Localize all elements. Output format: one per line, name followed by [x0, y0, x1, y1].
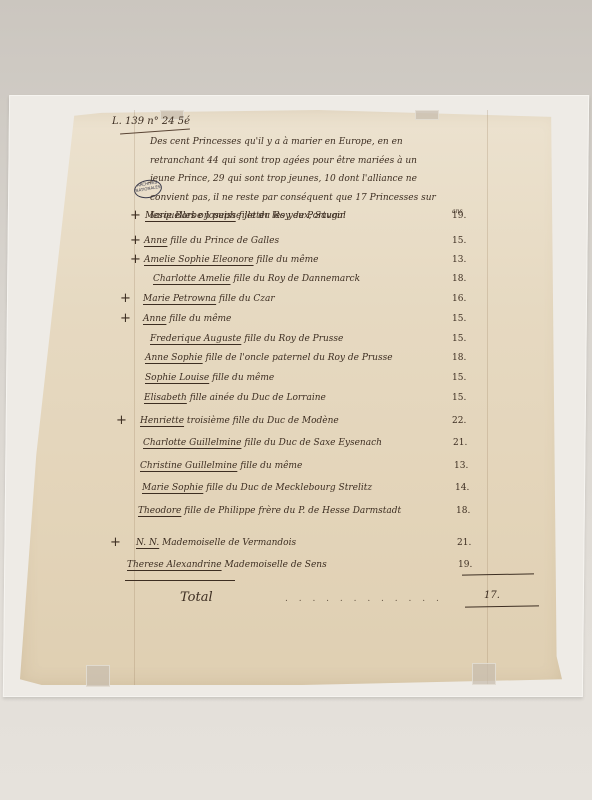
princess-name: Therese Alexandrine — [127, 560, 222, 570]
mounting-tab — [415, 110, 439, 120]
princess-name: Anne Sophie — [145, 353, 203, 363]
list-item: Frederique Auguste fille du Roy de Pruss… — [0, 334, 592, 354]
cross-mark-icon: + — [120, 291, 131, 306]
list-item: +Henriette troisième fille du Duc de Mod… — [0, 416, 592, 436]
princess-age: 15. — [452, 373, 466, 383]
list-item: Sophie Louise fille du même15. — [0, 373, 592, 393]
princess-name: Marie Petrowna — [143, 294, 216, 304]
princess-description: fille du Roy de Prusse — [244, 334, 343, 344]
princess-name: Charlotte Guillelmine — [143, 438, 241, 448]
princess-description: fille du même — [212, 373, 274, 383]
princess-age: 18. — [452, 274, 466, 284]
intro-line: retranchant 44 qui sont trop agées pour … — [150, 152, 480, 171]
princess-age: 13. — [454, 461, 468, 471]
princess-age: 15. — [452, 334, 466, 344]
princess-description: fille du même — [169, 314, 231, 324]
princess-entry: Sophie Louise fille du même — [145, 373, 274, 383]
princess-entry: Anne Sophie fille de l'oncle paternel du… — [145, 353, 393, 363]
princess-name: Charlotte Amelie — [153, 274, 231, 284]
princess-name: Theodore — [138, 506, 181, 516]
princess-name: Amelie Sophie Eleonore — [144, 255, 254, 265]
princess-entry: N. N. Mademoiselle de Vermandois — [136, 538, 296, 548]
total-leader-dots: . . . . . . . . . . . . — [285, 594, 443, 604]
princess-entry: Anne fille du Prince de Galles — [144, 236, 279, 246]
list-item: Theodore fille de Philippe frère du P. d… — [0, 506, 592, 526]
princess-description: Mademoiselle de Sens — [224, 560, 326, 570]
princess-age: 22. — [452, 416, 466, 426]
princess-entry: Christine Guillelmine fille du même — [140, 461, 302, 471]
list-item: Anne Sophie fille de l'oncle paternel du… — [0, 353, 592, 373]
princess-description: fille du Roy de Portugal — [239, 211, 346, 221]
princess-description: fille de Philippe frère du P. de Hesse D… — [184, 506, 401, 516]
princess-description: fille du Prince de Galles — [170, 236, 279, 246]
princess-age: 15. — [452, 393, 466, 403]
total-label: Total — [180, 590, 213, 605]
princess-name: Marie Sophie — [142, 483, 203, 493]
list-item: +Marie Barbe Joseph fille du Roy de Port… — [0, 211, 592, 231]
princess-description: fille du même — [240, 461, 302, 471]
list-item: Christine Guillelmine fille du même13. — [0, 461, 592, 481]
princess-entry: Amelie Sophie Eleonore fille du même — [144, 255, 319, 265]
princess-description: fille du même — [256, 255, 318, 265]
princess-entry: Marie Sophie fille du Duc de Mecklebourg… — [142, 483, 372, 493]
princess-age: 15. — [452, 314, 466, 324]
cross-mark-icon: + — [120, 311, 131, 326]
princess-description: fille ainée du Duc de Lorraine — [190, 393, 326, 403]
princess-entry: Frederique Auguste fille du Roy de Pruss… — [150, 334, 343, 344]
intro-line: jeune Prince, 29 qui sont trop jeunes, 1… — [150, 170, 480, 189]
list-item: Charlotte Guillelmine fille du Duc de Sa… — [0, 438, 592, 458]
cross-mark-icon: + — [130, 233, 141, 248]
princess-name: Christine Guillelmine — [140, 461, 237, 471]
princess-entry: Henriette troisième fille du Duc de Modè… — [140, 416, 339, 426]
princess-entry: Marie Barbe Joseph fille du Roy de Portu… — [145, 211, 346, 221]
list-item: Marie Sophie fille du Duc de Mecklebourg… — [0, 483, 592, 503]
list-item: +Marie Petrowna fille du Czar16. — [0, 294, 592, 314]
princess-age: 16. — [452, 294, 466, 304]
mounting-tab — [472, 663, 496, 685]
princess-name: Anne — [143, 314, 166, 324]
cross-mark-icon: + — [110, 535, 121, 550]
princess-entry: Theodore fille de Philippe frère du P. d… — [138, 506, 401, 516]
cross-mark-icon: + — [130, 252, 141, 267]
princess-age: 19. — [452, 211, 466, 221]
intro-line: convient pas, il ne reste par conséquent… — [150, 189, 480, 208]
princess-age: 19. — [458, 560, 472, 570]
princess-description: fille du Czar — [219, 294, 275, 304]
princess-age: 15. — [452, 236, 466, 246]
intro-line: Des cent Princesses qu'il y a à marier e… — [150, 133, 480, 152]
princess-age: 21. — [453, 438, 467, 448]
princess-entry: Charlotte Guillelmine fille du Duc de Sa… — [143, 438, 382, 448]
princess-entry: Elisabeth fille ainée du Duc de Lorraine — [144, 393, 326, 403]
princess-age: 13. — [452, 255, 466, 265]
princess-name: Elisabeth — [144, 393, 187, 403]
list-item: +N. N. Mademoiselle de Vermandois21. — [0, 538, 592, 558]
princess-name: N. N. — [136, 538, 159, 548]
princess-name: Sophie Louise — [145, 373, 209, 383]
princess-description: troisième fille du Duc de Modène — [187, 416, 339, 426]
cross-mark-icon: + — [116, 413, 127, 428]
princess-entry: Therese Alexandrine Mademoiselle de Sens — [127, 560, 327, 570]
princess-name: Anne — [144, 236, 167, 246]
list-item: +Anne fille du Prince de Galles15. — [0, 236, 592, 256]
princess-name: Henriette — [140, 416, 184, 426]
princess-age: 21. — [457, 538, 471, 548]
list-item: Charlotte Amelie fille du Roy de Dannema… — [0, 274, 592, 294]
princess-age: 18. — [452, 353, 466, 363]
princess-description: fille du Duc de Saxe Eysenach — [244, 438, 382, 448]
princess-name: Frederique Auguste — [150, 334, 241, 344]
princess-name: Marie Barbe Joseph — [145, 211, 236, 221]
princess-description: fille du Roy de Dannemarck — [233, 274, 360, 284]
princess-age: 18. — [456, 506, 470, 516]
princess-description: Mademoiselle de Vermandois — [162, 538, 296, 548]
total-value: 17. — [484, 590, 500, 601]
archive-reference: L. 139 n° 24 5é — [112, 116, 190, 127]
list-item: Therese Alexandrine Mademoiselle de Sens… — [0, 560, 592, 580]
princess-entry: Charlotte Amelie fille du Roy de Dannema… — [153, 274, 360, 284]
list-item: +Anne fille du même15. — [0, 314, 592, 334]
cross-mark-icon: + — [130, 208, 141, 223]
list-end-rule — [125, 580, 235, 581]
princess-description: fille de l'oncle paternel du Roy de Prus… — [206, 353, 393, 363]
list-item: Elisabeth fille ainée du Duc de Lorraine… — [0, 393, 592, 413]
mounting-tab — [86, 665, 110, 687]
princess-description: fille du Duc de Mecklebourg Strelitz — [206, 483, 372, 493]
princess-entry: Marie Petrowna fille du Czar — [143, 294, 275, 304]
princess-entry: Anne fille du même — [143, 314, 231, 324]
list-item: +Amelie Sophie Eleonore fille du même13. — [0, 255, 592, 275]
princess-age: 14. — [455, 483, 469, 493]
